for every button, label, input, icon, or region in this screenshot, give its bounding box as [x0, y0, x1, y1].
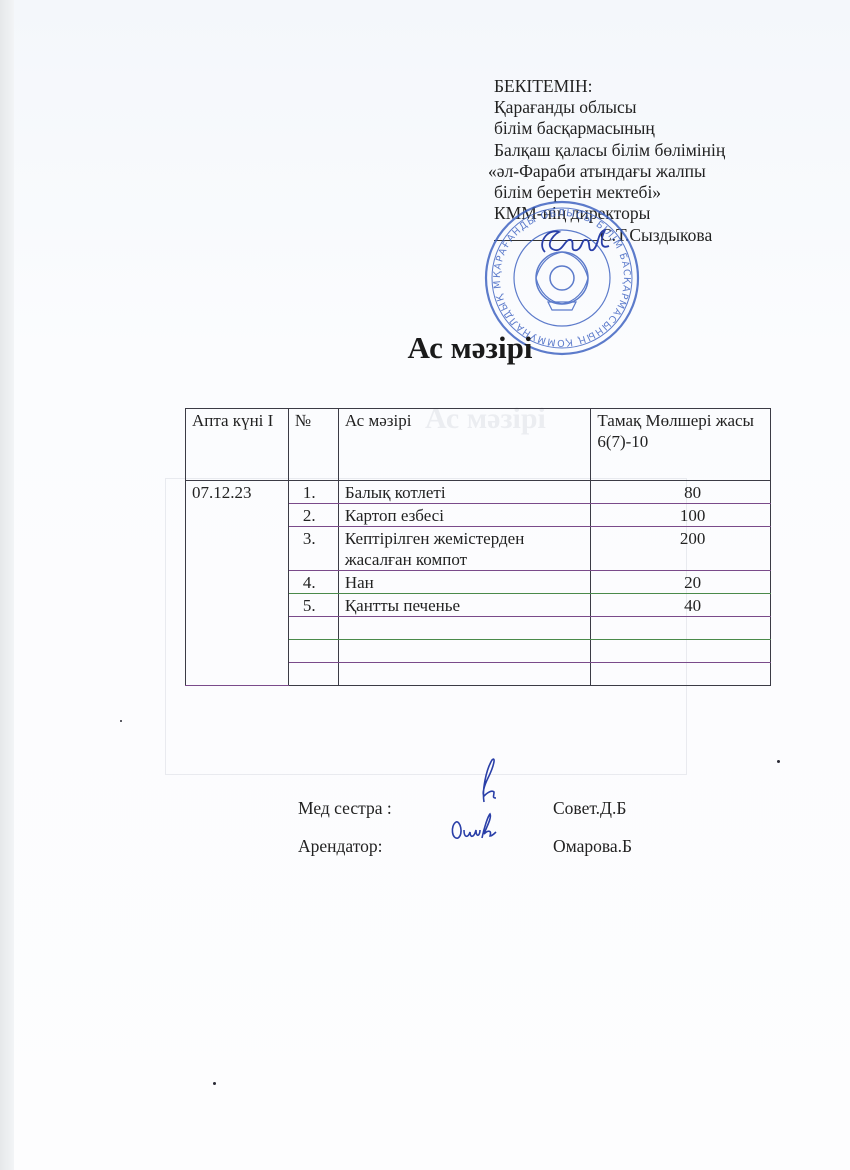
quantity-value: 20	[591, 571, 771, 594]
dish-name: Балық котлеті	[338, 481, 590, 504]
nurse-name: Совет.Д.Б	[553, 798, 626, 819]
dish-name: Нан	[338, 571, 590, 594]
table-header-row: Апта күні І № Ас мәзірі Тамақ Мөлшері жа…	[186, 409, 771, 481]
table-row: 07.12.23 1. Балық котлеті 80	[186, 481, 771, 504]
empty-cell	[288, 640, 338, 663]
scanned-page: Ас мәзірі БЕКІТЕМІН: Қарағанды облысы бі…	[0, 0, 850, 1170]
scan-speck	[777, 760, 780, 763]
header-dish: Ас мәзірі	[338, 409, 590, 481]
row-number: 1.	[288, 481, 338, 504]
empty-cell	[338, 640, 590, 663]
row-number: 2.	[288, 504, 338, 527]
dish-name: Картоп езбесі	[338, 504, 590, 527]
approval-line: Қарағанды облысы	[494, 97, 725, 118]
tenant-signature-icon	[448, 812, 498, 848]
tenant-name: Омарова.Б	[553, 836, 632, 857]
empty-cell	[591, 617, 771, 640]
empty-cell	[591, 663, 771, 686]
empty-cell	[338, 663, 590, 686]
header-day: Апта күні І	[186, 409, 289, 481]
quantity-value: 200	[591, 527, 771, 571]
quantity-value: 80	[591, 481, 771, 504]
approval-line: білім басқармасының	[494, 118, 725, 139]
empty-cell	[288, 663, 338, 686]
approval-heading: БЕКІТЕМІН:	[494, 76, 725, 97]
menu-table: Апта күні І № Ас мәзірі Тамақ Мөлшері жа…	[185, 408, 771, 686]
empty-cell	[591, 640, 771, 663]
nurse-role: Мед сестра :	[298, 798, 392, 819]
scan-edge	[0, 0, 14, 1170]
nurse-signature-icon	[470, 756, 500, 806]
header-quantity: Тамақ Мөлшері жасы 6(7)-10	[591, 409, 771, 481]
dish-name: Қантты печенье	[338, 594, 590, 617]
scan-speck	[120, 720, 122, 722]
approval-line: «әл-Фараби атындағы жалпы	[488, 161, 725, 182]
scan-speck	[213, 1082, 216, 1085]
row-number: 5.	[288, 594, 338, 617]
empty-cell	[288, 617, 338, 640]
row-number: 4.	[288, 571, 338, 594]
date-cell: 07.12.23	[186, 481, 289, 686]
director-signature-icon	[535, 222, 615, 262]
dish-name: Кептірілген жемістерден жасалған компот	[338, 527, 590, 571]
row-number: 3.	[288, 527, 338, 571]
empty-cell	[338, 617, 590, 640]
approval-line: Балқаш қаласы білім бөлімінің	[494, 140, 725, 161]
quantity-value: 100	[591, 504, 771, 527]
tenant-role: Арендатор:	[298, 836, 383, 857]
header-number: №	[288, 409, 338, 481]
quantity-value: 40	[591, 594, 771, 617]
page-title: Ас мәзірі	[0, 330, 850, 366]
